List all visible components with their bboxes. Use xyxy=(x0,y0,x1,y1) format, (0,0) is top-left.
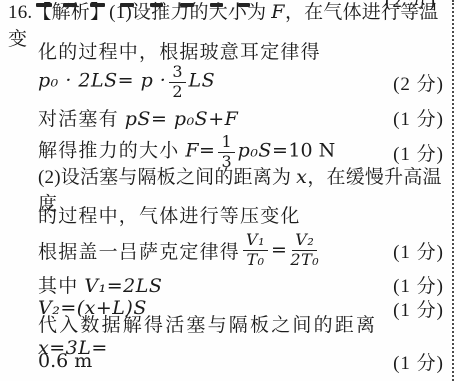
v1-equation: V₁=2LS xyxy=(84,275,162,297)
equation-boyle: p₀ · 2LS= p ·32LS (2 分) xyxy=(8,64,446,100)
glyph-fragment xyxy=(36,3,52,7)
fraction-numerator: V₁ xyxy=(243,232,268,251)
score-badge: (1 分) xyxy=(393,348,446,375)
final-value: 0.6 m xyxy=(38,350,92,372)
piston-equation-line: 对活塞有 pS= p₀S+F (1 分) xyxy=(8,105,446,129)
gay-lussac-text: 根据盖一吕萨克定律得 xyxy=(38,237,240,264)
glyph-fragment xyxy=(63,3,77,7)
final-answer-text: 代入数据解得活塞与隔板之间的距离 xyxy=(38,315,377,336)
part2-intro-line: (2)设活塞与隔板之间的距离为 x，在缓慢升高温度 xyxy=(8,177,446,201)
fraction-denominator: 2T₀ xyxy=(290,251,319,269)
eq2-left: F= xyxy=(185,139,215,161)
force-value: 10 N xyxy=(288,139,335,161)
force-result-text: 解得推力的大小 xyxy=(38,140,185,161)
score-badge: (1 分) xyxy=(393,237,446,264)
piston-equation: pS= p₀S+F xyxy=(125,108,239,130)
glyph-fragment xyxy=(210,3,223,7)
column-divider-dotted-line xyxy=(452,0,454,381)
score-badge: (1 分) xyxy=(393,271,446,298)
solution-line-1: 16.【解析】(1)设推力的大小为 F，在气体进行等温变 xyxy=(8,12,446,36)
eq1-left: p₀ · 2LS= p · xyxy=(38,69,166,91)
eq2-mid: p₀S= xyxy=(238,139,289,161)
v1-definition-line: 其中 V₁=2LS (1 分) xyxy=(8,272,446,296)
gay-lussac-equation-line: 根据盖一吕萨克定律得V₁T₀=V₂2T₀ (1 分) xyxy=(8,228,446,272)
fraction-denominator: T₀ xyxy=(246,251,264,269)
fraction-denominator: 2 xyxy=(172,83,182,101)
clipped-score: (2 分) xyxy=(385,0,436,10)
symbol-x: x xyxy=(296,166,307,188)
fraction-3-2: 32 xyxy=(169,64,185,101)
fraction-numerator: 1 xyxy=(218,134,234,153)
fraction-numerator: V₂ xyxy=(292,232,317,251)
fraction-v2-2t0: V₂2T₀ xyxy=(290,232,319,269)
fraction-v1-t0: V₁T₀ xyxy=(243,232,268,269)
final-answer-line: 代入数据解得活塞与隔板之间的距离 x=3L= xyxy=(8,323,446,347)
glyph-fragment xyxy=(90,3,105,7)
clipped-previous-line: (2 分) xyxy=(8,0,446,10)
fraction-numerator: 3 xyxy=(169,64,185,83)
score-badge: (1 分) xyxy=(393,104,446,131)
score-badge: (2 分) xyxy=(393,69,446,96)
isobaric-text: 的过程中，气体进行等压变化 xyxy=(38,201,301,228)
equals-sign: = xyxy=(271,239,287,261)
glyph-fragment xyxy=(180,3,194,7)
v1-text: 其中 xyxy=(38,276,84,297)
glyph-fragment xyxy=(120,3,134,7)
scanned-answer-page: (2 分) 16.【解析】(1)设推力的大小为 F，在气体进行等温变 化的过程中… xyxy=(0,0,457,381)
glyph-fragment xyxy=(150,3,163,7)
part2-intro: (2)设活塞与隔板之间的距离为 xyxy=(38,167,296,188)
piston-text: 对活塞有 xyxy=(38,109,125,130)
glyph-fragment xyxy=(238,3,250,7)
solution-16-block: (2 分) 16.【解析】(1)设推力的大小为 F，在气体进行等温变 化的过程中… xyxy=(8,0,446,373)
eq1-right: LS xyxy=(189,69,216,91)
boyle-law-text: 化的过程中，根据玻意耳定律得 xyxy=(38,37,321,64)
